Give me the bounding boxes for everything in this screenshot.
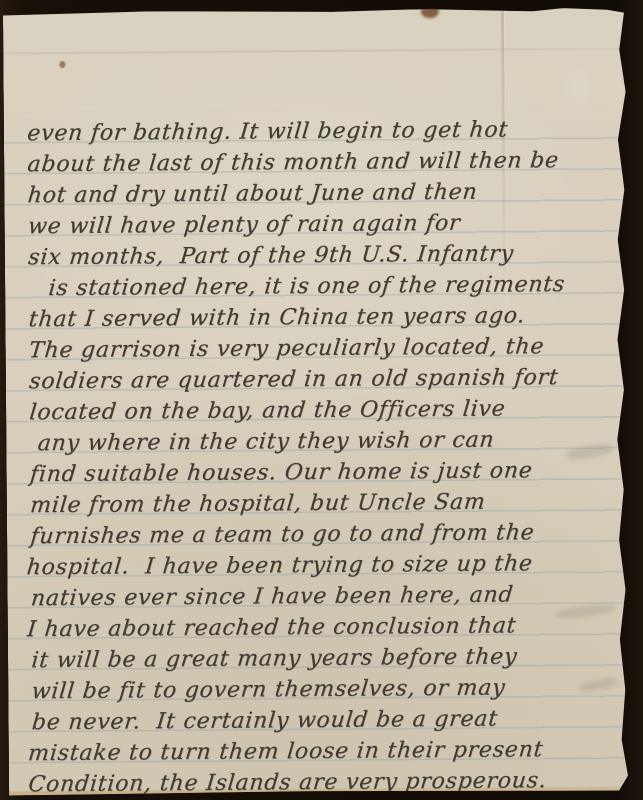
letter-line: located on the bay, and the Officers liv… — [28, 395, 629, 427]
letter-line: The garrison is very peculiarly located,… — [28, 333, 629, 365]
letter-line: six months, Part of the 9th U.S. Infantr… — [27, 240, 628, 272]
letter-line: will be fit to govern themselves, or may — [30, 674, 631, 706]
letter-line: hot and dry until about June and then — [26, 178, 627, 210]
letter-line: I have about reached the conclusion that — [26, 612, 631, 644]
letter-line: mile from the hospital, but Uncle Sam — [29, 488, 630, 520]
letter-line: any where in the city they wish or can — [36, 426, 629, 458]
letter-line: we will have plenty of rain again for — [27, 209, 628, 241]
paper-sheet: even for bathing. It will begin to get h… — [3, 8, 633, 796]
letter-line: it will be a great many years before the… — [30, 643, 631, 675]
letter-line: natives ever since I have been here, and — [30, 581, 631, 613]
letter-line: hospital. I have been trying to size up … — [25, 550, 630, 582]
letter-line: is stationed here, it is one of the regi… — [47, 271, 628, 303]
letter-line: Condition, the Islands are very prospero… — [27, 767, 632, 799]
letter-line: even for bathing. It will begin to get h… — [26, 116, 627, 148]
scan-background: even for bathing. It will begin to get h… — [0, 0, 643, 800]
letter-body: even for bathing. It will begin to get h… — [3, 8, 633, 796]
letter-line: that I served with in China ten years ag… — [27, 302, 628, 334]
letter-line: find suitable houses. Our home is just o… — [29, 457, 630, 489]
letter-line: mistake to turn them loose in their pres… — [27, 736, 632, 768]
letter-line: be never. It certainly would be a great — [31, 705, 632, 737]
letter-line: about the last of this month and will th… — [26, 147, 627, 179]
letter-line: furnishes me a team to go to and from th… — [29, 519, 630, 551]
letter-line: soldiers are quartered in an old spanish… — [28, 364, 629, 396]
